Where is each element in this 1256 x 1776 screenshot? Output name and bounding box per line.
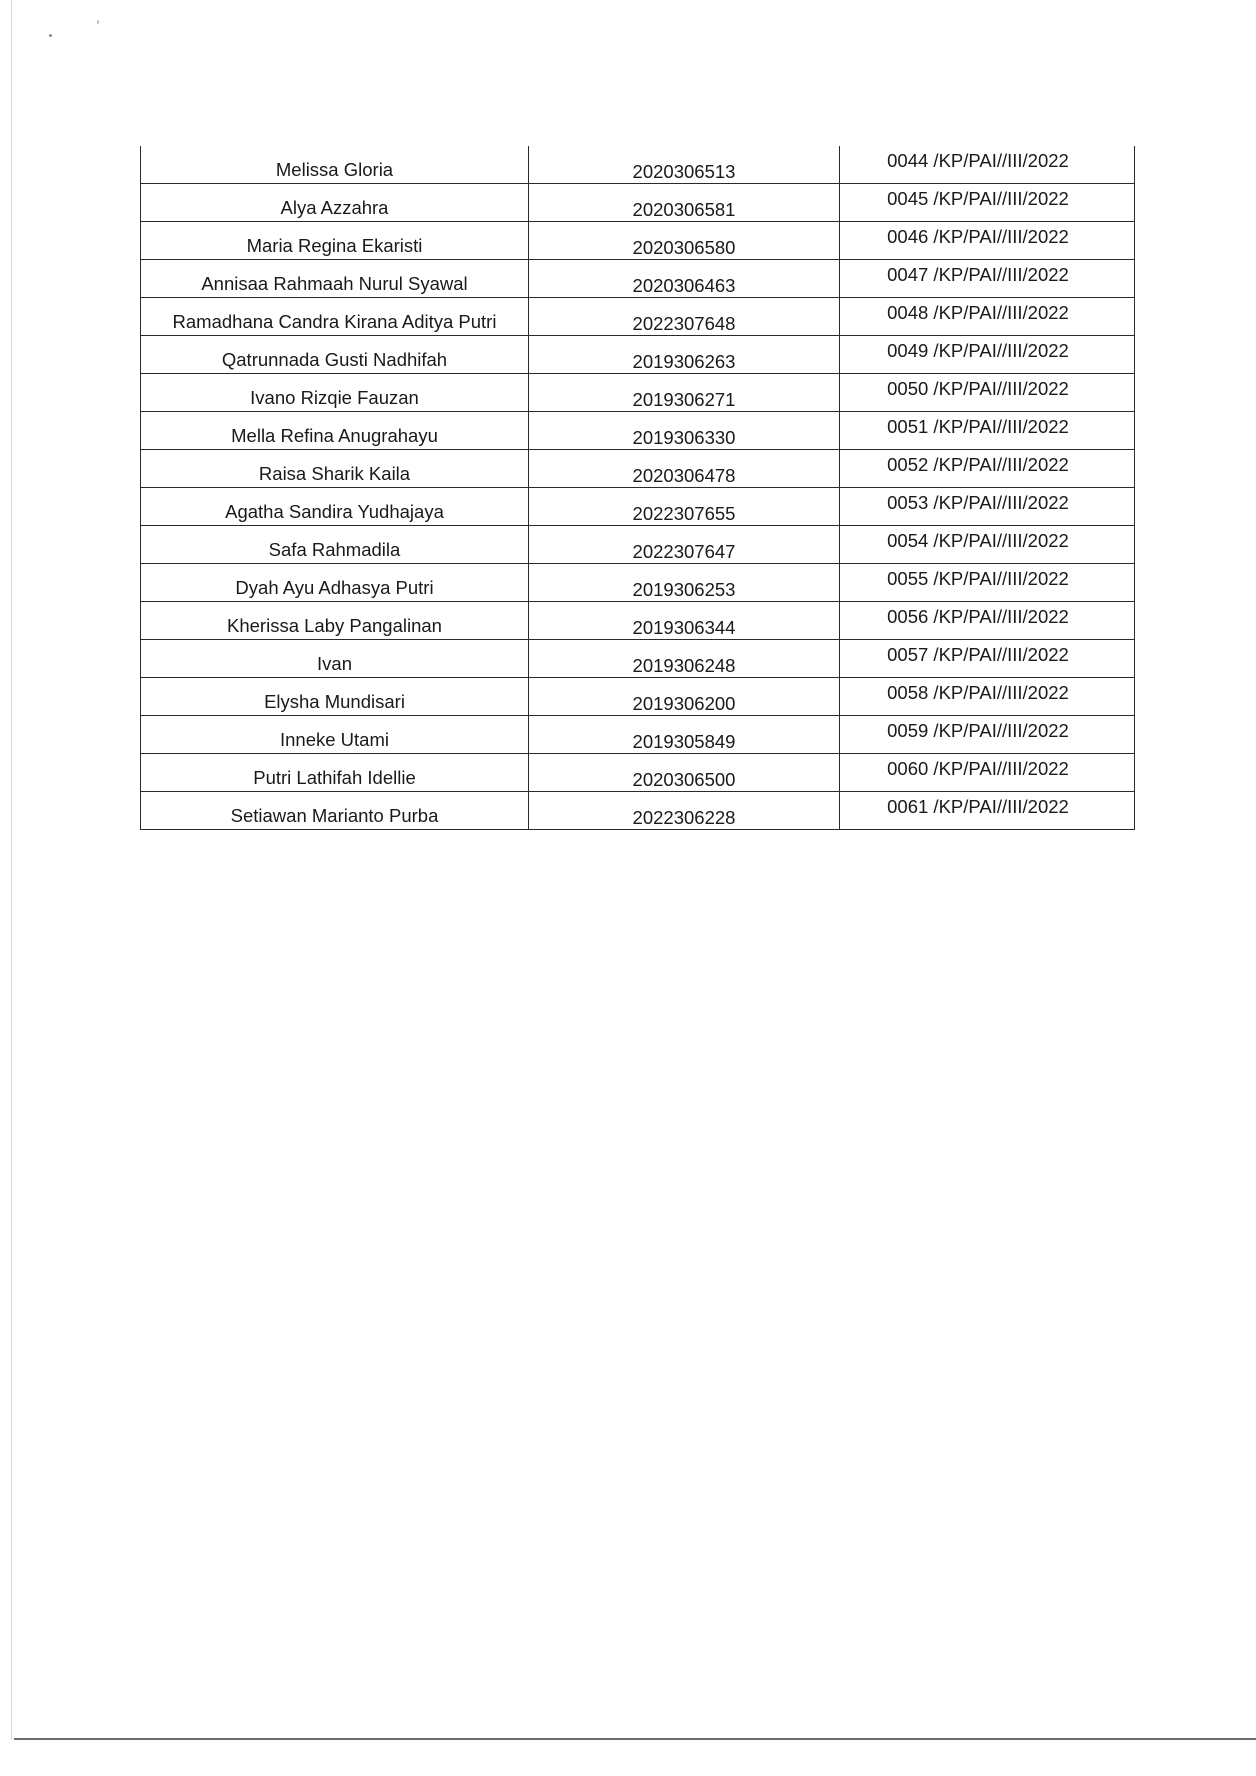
table-row: Setiawan Marianto Purba 2022306228 0061 … [141,792,1135,830]
student-name-cell: Agatha Sandira Yudhajaya [141,488,529,526]
student-nim-cell: 2022306228 [529,792,840,830]
table-row: Raisa Sharik Kaila 2020306478 0052 /KP/P… [141,450,1135,488]
letter-number-cell: 0054 /KP/PAI//III/2022 [840,526,1135,564]
letter-number-cell: 0045 /KP/PAI//III/2022 [840,184,1135,222]
letter-number-cell: 0051 /KP/PAI//III/2022 [840,412,1135,450]
student-name-cell: Melissa Gloria [141,146,529,184]
student-name-cell: Ivan [141,640,529,678]
student-name-cell: Safa Rahmadila [141,526,529,564]
student-nim-cell: 2019305849 [529,716,840,754]
letter-number-cell: 0052 /KP/PAI//III/2022 [840,450,1135,488]
table-row: Maria Regina Ekaristi 2020306580 0046 /K… [141,222,1135,260]
student-nim-cell: 2019306248 [529,640,840,678]
student-nim-cell: 2020306581 [529,184,840,222]
letter-number-cell: 0044 /KP/PAI//III/2022 [840,146,1135,184]
table-row: Melissa Gloria 2020306513 0044 /KP/PAI//… [141,146,1135,184]
student-name-cell: Qatrunnada Gusti Nadhifah [141,336,529,374]
table-row: Alya Azzahra 2020306581 0045 /KP/PAI//II… [141,184,1135,222]
student-nim-cell: 2019306271 [529,374,840,412]
letter-number-cell: 0061 /KP/PAI//III/2022 [840,792,1135,830]
table-row: Agatha Sandira Yudhajaya 2022307655 0053… [141,488,1135,526]
student-nim-cell: 2020306500 [529,754,840,792]
letter-number-cell: 0048 /KP/PAI//III/2022 [840,298,1135,336]
table-body: Melissa Gloria 2020306513 0044 /KP/PAI//… [141,146,1135,830]
student-nim-cell: 2020306478 [529,450,840,488]
table-row: Safa Rahmadila 2022307647 0054 /KP/PAI//… [141,526,1135,564]
table-row: Ramadhana Candra Kirana Aditya Putri 202… [141,298,1135,336]
student-name-cell: Alya Azzahra [141,184,529,222]
letter-number-cell: 0057 /KP/PAI//III/2022 [840,640,1135,678]
letter-number-cell: 0055 /KP/PAI//III/2022 [840,564,1135,602]
student-name-cell: Ivano Rizqie Fauzan [141,374,529,412]
student-letter-number-table: Melissa Gloria 2020306513 0044 /KP/PAI//… [140,146,1135,830]
student-name-cell: Maria Regina Ekaristi [141,222,529,260]
letter-number-cell: 0056 /KP/PAI//III/2022 [840,602,1135,640]
scan-speck [49,34,52,37]
scan-left-edge [11,0,12,1740]
student-nim-cell: 2020306513 [529,146,840,184]
table-row: Annisaa Rahmaah Nurul Syawal 2020306463 … [141,260,1135,298]
letter-number-cell: 0049 /KP/PAI//III/2022 [840,336,1135,374]
scan-speck [97,20,99,24]
student-nim-cell: 2019306253 [529,564,840,602]
student-name-cell: Kherissa Laby Pangalinan [141,602,529,640]
student-nim-cell: 2019306200 [529,678,840,716]
letter-number-cell: 0046 /KP/PAI//III/2022 [840,222,1135,260]
letter-number-cell: 0047 /KP/PAI//III/2022 [840,260,1135,298]
scan-bottom-edge [14,1738,1256,1740]
letter-number-cell: 0060 /KP/PAI//III/2022 [840,754,1135,792]
student-nim-cell: 2022307647 [529,526,840,564]
student-name-cell: Raisa Sharik Kaila [141,450,529,488]
table-row: Inneke Utami 2019305849 0059 /KP/PAI//II… [141,716,1135,754]
table-row: Ivano Rizqie Fauzan 2019306271 0050 /KP/… [141,374,1135,412]
student-name-cell: Putri Lathifah Idellie [141,754,529,792]
table-row: Putri Lathifah Idellie 2020306500 0060 /… [141,754,1135,792]
table-row: Qatrunnada Gusti Nadhifah 2019306263 004… [141,336,1135,374]
student-nim-cell: 2020306580 [529,222,840,260]
student-name-cell: Mella Refina Anugrahayu [141,412,529,450]
student-name-cell: Setiawan Marianto Purba [141,792,529,830]
table-row: Dyah Ayu Adhasya Putri 2019306253 0055 /… [141,564,1135,602]
student-nim-cell: 2019306344 [529,602,840,640]
student-name-cell: Dyah Ayu Adhasya Putri [141,564,529,602]
table-row: Elysha Mundisari 2019306200 0058 /KP/PAI… [141,678,1135,716]
student-nim-cell: 2019306330 [529,412,840,450]
student-name-cell: Annisaa Rahmaah Nurul Syawal [141,260,529,298]
table-row: Mella Refina Anugrahayu 2019306330 0051 … [141,412,1135,450]
student-nim-cell: 2020306463 [529,260,840,298]
student-name-cell: Ramadhana Candra Kirana Aditya Putri [141,298,529,336]
student-name-cell: Elysha Mundisari [141,678,529,716]
letter-number-cell: 0050 /KP/PAI//III/2022 [840,374,1135,412]
letter-number-cell: 0053 /KP/PAI//III/2022 [840,488,1135,526]
table-row: Kherissa Laby Pangalinan 2019306344 0056… [141,602,1135,640]
student-name-cell: Inneke Utami [141,716,529,754]
student-nim-cell: 2019306263 [529,336,840,374]
table-row: Ivan 2019306248 0057 /KP/PAI//III/2022 [141,640,1135,678]
letter-number-cell: 0058 /KP/PAI//III/2022 [840,678,1135,716]
letter-number-cell: 0059 /KP/PAI//III/2022 [840,716,1135,754]
student-nim-cell: 2022307655 [529,488,840,526]
student-nim-cell: 2022307648 [529,298,840,336]
